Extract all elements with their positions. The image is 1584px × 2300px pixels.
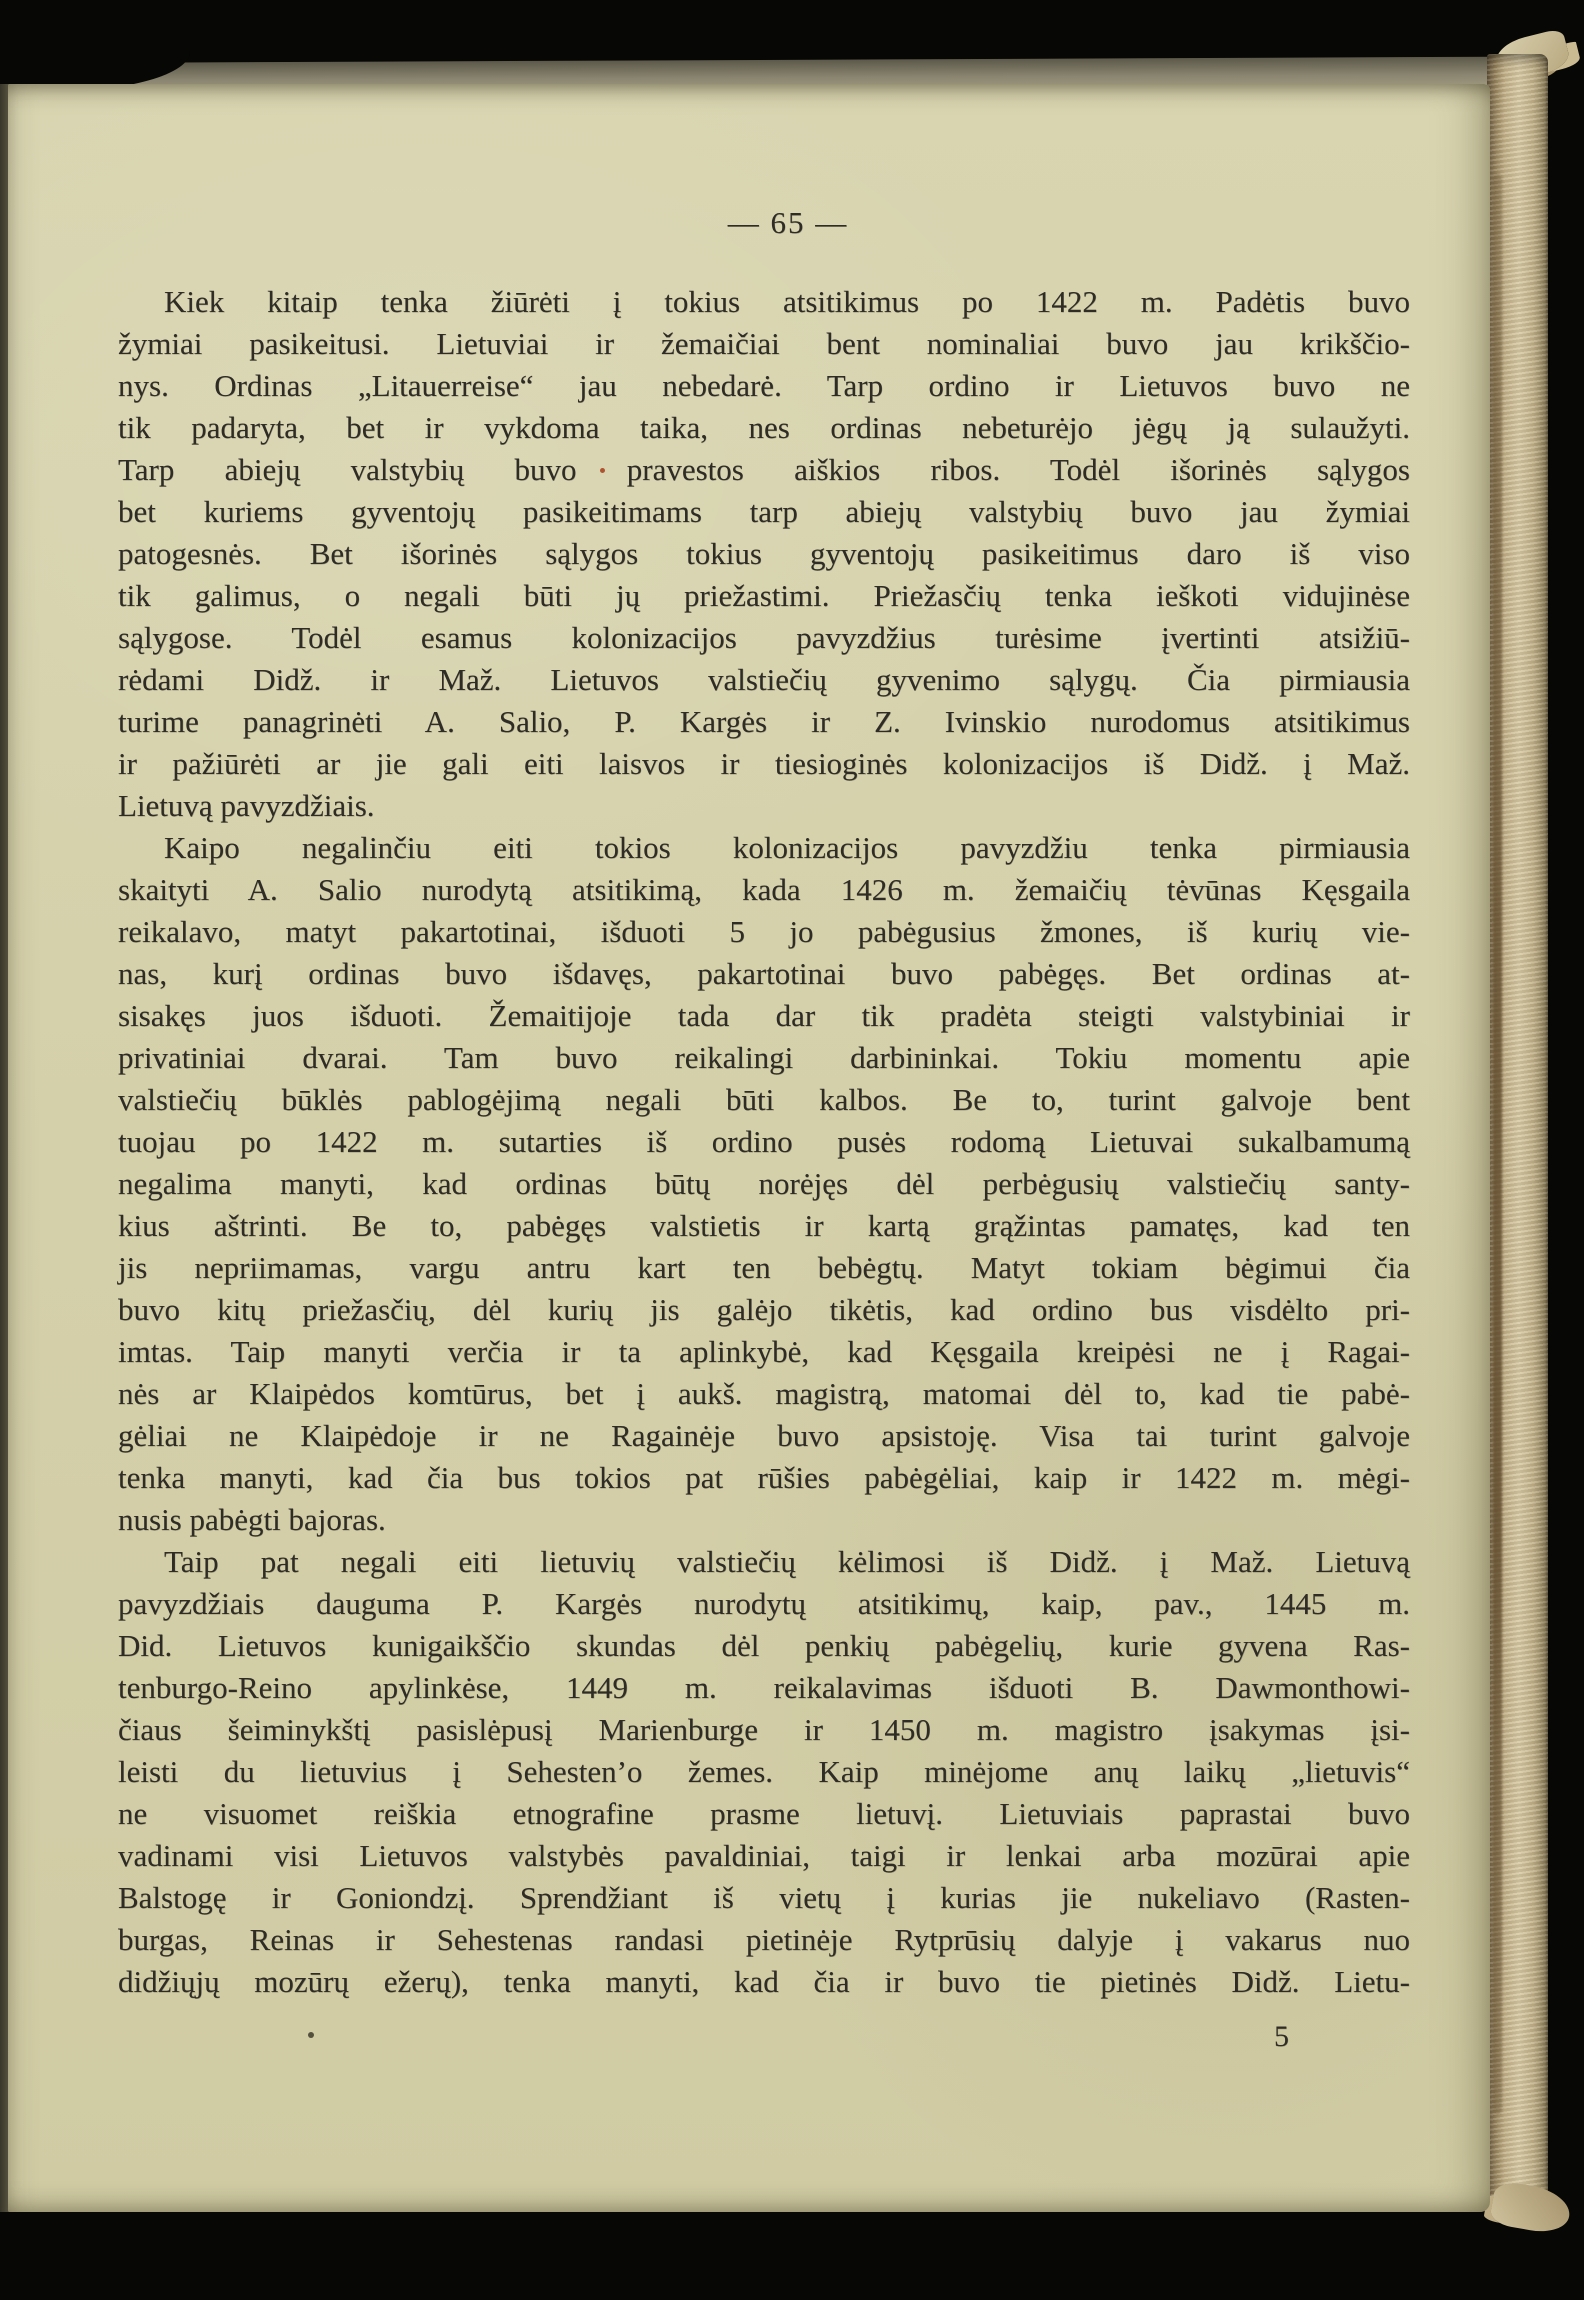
text-line: tik galimus, o negali būti jų priežastim… <box>118 575 1410 617</box>
page-body-text: — 65 — Kiek kitaip tenka žiūrėti į tokiu… <box>118 202 1410 2003</box>
text-line: valstiečių būklės pablogėjimą negali būt… <box>118 1079 1410 1121</box>
text-line: nas, kurį ordinas buvo išdavęs, pakartot… <box>118 953 1410 995</box>
ink-speck <box>600 468 605 473</box>
text-line: patogesnės. Bet išorinės sąlygos tokius … <box>118 533 1410 575</box>
text-line: burgas, Reinas ir Sehestenas randasi pie… <box>118 1919 1410 1961</box>
text-line: čiaus šeiminykštį pasislėpusį Marienburg… <box>118 1709 1410 1751</box>
text-line: tenka manyti, kad čia bus tokios pat rūš… <box>118 1457 1410 1499</box>
page-number-header: — 65 — <box>142 202 1434 244</box>
paragraph: Kaipo negalinčiu eiti tokios kolonizacij… <box>118 827 1410 1541</box>
text-line: sąlygose. Todėl esamus kolonizacijos pav… <box>118 617 1410 659</box>
book-scan: — 65 — Kiek kitaip tenka žiūrėti į tokiu… <box>0 0 1584 2300</box>
paragraph: Kiek kitaip tenka žiūrėti į tokius atsit… <box>118 281 1410 827</box>
text-line: rėdami Didž. ir Maž. Lietuvos valstiečių… <box>118 659 1410 701</box>
text-line: imtas. Taip manyti verčia ir ta aplinkyb… <box>118 1331 1410 1373</box>
text-line: Kiek kitaip tenka žiūrėti į tokius atsit… <box>118 281 1410 323</box>
text-line: buvo kitų priežasčių, dėl kurių jis galė… <box>118 1289 1410 1331</box>
text-line: tuojau po 1422 m. sutarties iš ordino pu… <box>118 1121 1410 1163</box>
text-line: negalima manyti, kad ordinas būtų norėję… <box>118 1163 1410 1205</box>
page-number-footer: 5 <box>1274 2016 1289 2058</box>
text-line: Kaipo negalinčiu eiti tokios kolonizacij… <box>118 827 1410 869</box>
text-line: ne visuomet reiškia etnografine prasme l… <box>118 1793 1410 1835</box>
text-line: pavyzdžiais dauguma P. Kargės nurodytų a… <box>118 1583 1410 1625</box>
text-line: Did. Lietuvos kunigaikščio skundas dėl p… <box>118 1625 1410 1667</box>
text-line: bet kuriems gyventojų pasikeitimams tarp… <box>118 491 1410 533</box>
book-fore-edge <box>1487 54 1548 2220</box>
book-page: — 65 — Kiek kitaip tenka žiūrėti į tokiu… <box>8 84 1490 2212</box>
text-line: vadinami visi Lietuvos valstybės pavaldi… <box>118 1835 1410 1877</box>
text-line: privatiniai dvarai. Tam buvo reikalingi … <box>118 1037 1410 1079</box>
paragraphs-container: Kiek kitaip tenka žiūrėti į tokius atsit… <box>118 281 1410 2003</box>
text-line: ir pažiūrėti ar jie gali eiti laisvos ir… <box>118 743 1410 785</box>
text-line: skaityti A. Salio nurodytą atsitikimą, k… <box>118 869 1410 911</box>
text-line: Balstogę ir Goniondzį. Sprendžiant iš vi… <box>118 1877 1410 1919</box>
fore-edge-fray-bottom <box>1489 2180 1573 2237</box>
text-line: Tarp abiejų valstybių buvo pravestos aiš… <box>118 449 1410 491</box>
text-line: Lietuvą pavyzdžiais. <box>118 785 1410 827</box>
paragraph: Taip pat negali eiti lietuvių valstiečių… <box>118 1541 1410 2003</box>
text-line: sisakęs juos išduoti. Žemaitijoje tada d… <box>118 995 1410 1037</box>
text-line: kius aštrinti. Be to, pabėgęs valstietis… <box>118 1205 1410 1247</box>
text-line: nys. Ordinas „Litauerreise“ jau nebedarė… <box>118 365 1410 407</box>
text-line: leisti du lietuvius į Sehesten’o žemes. … <box>118 1751 1410 1793</box>
text-line: tenburgo-Reino apylinkėse, 1449 m. reika… <box>118 1667 1410 1709</box>
text-line: jis nepriimamas, vargu antru kart ten be… <box>118 1247 1410 1289</box>
text-line: didžiųjų mozūrų ežerų), tenka manyti, ka… <box>118 1961 1410 2003</box>
text-line: nusis pabėgti bajoras. <box>118 1499 1410 1541</box>
text-line: žymiai pasikeitusi. Lietuviai ir žemaiči… <box>118 323 1410 365</box>
text-line: tik padaryta, bet ir vykdoma taika, nes … <box>118 407 1410 449</box>
text-line: Taip pat negali eiti lietuvių valstiečių… <box>118 1541 1410 1583</box>
text-line: reikalavo, matyt pakartotinai, išduoti 5… <box>118 911 1410 953</box>
ink-speck <box>308 2032 314 2038</box>
text-line: turime panagrinėti A. Salio, P. Kargės i… <box>118 701 1410 743</box>
text-line: gėliai ne Klaipėdoje ir ne Ragainėje buv… <box>118 1415 1410 1457</box>
text-line: nės ar Klaipėdos komtūrus, bet į aukš. m… <box>118 1373 1410 1415</box>
